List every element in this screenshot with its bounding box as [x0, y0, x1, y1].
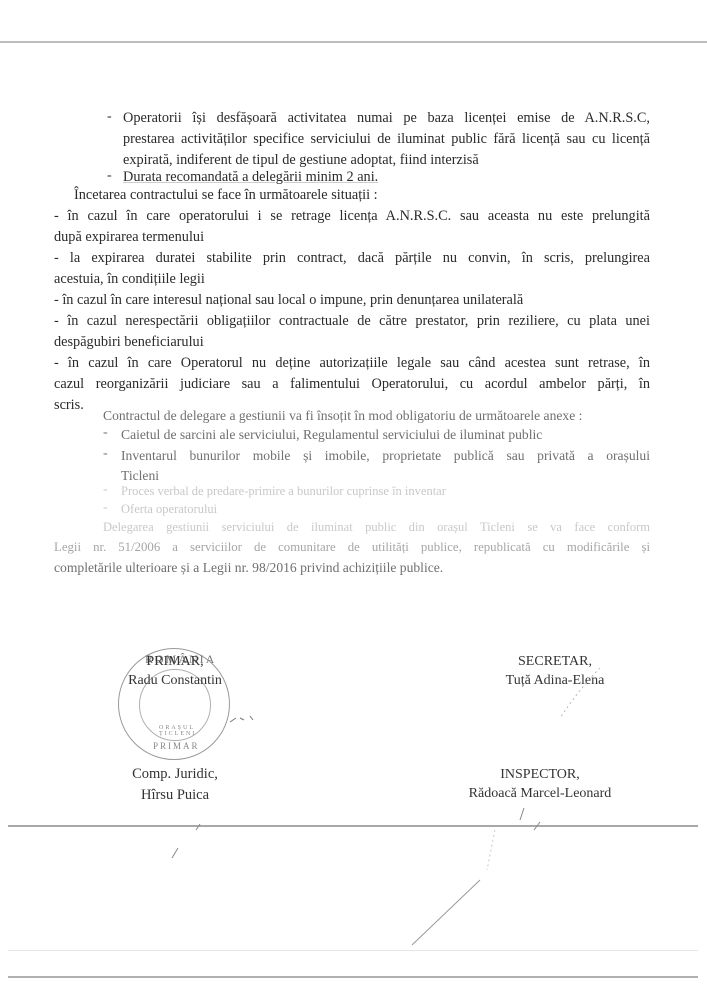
handwritten-signature-marks — [0, 0, 707, 1000]
